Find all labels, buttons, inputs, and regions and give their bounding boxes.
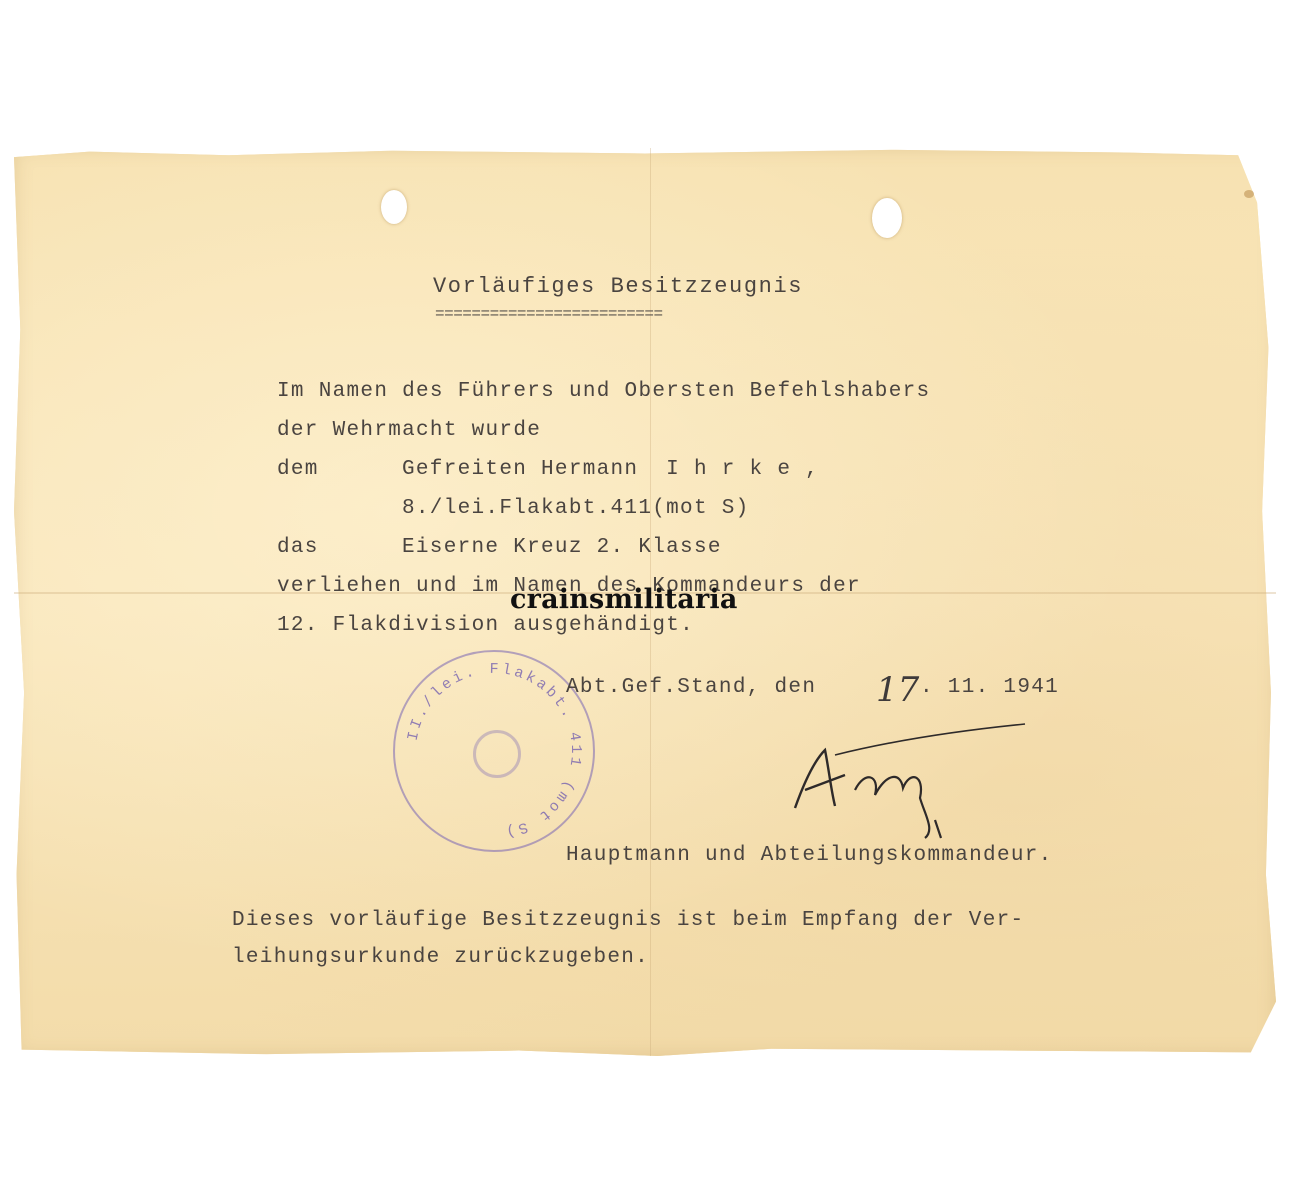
- recipient-name: Gefreiten Hermann I h r k e ,: [402, 459, 819, 480]
- month-year-text: . 11. 1941: [920, 677, 1059, 698]
- award-name: Eiserne Kreuz 2. Klasse: [402, 537, 722, 558]
- punch-hole-right: [872, 198, 902, 238]
- handwritten-signature: [785, 720, 1035, 840]
- recipient-unit: 8./lei.Flakabt.411(mot S): [402, 498, 750, 519]
- document-title: Vorläufiges Besitzzeugnis: [433, 276, 803, 298]
- handwritten-day: 17: [876, 670, 919, 710]
- footer-line-1: Dieses vorläufige Besitzzeugnis ist beim…: [232, 910, 1024, 931]
- body-line-2: der Wehrmacht wurde: [277, 420, 541, 441]
- punch-hole-left: [381, 190, 407, 224]
- title-underline: =========================: [435, 306, 663, 322]
- recipient-prefix: dem: [277, 459, 319, 480]
- stain-spot: [1244, 190, 1254, 198]
- watermark-text: crainsmilitaria: [510, 584, 738, 615]
- body-line-1: Im Namen des Führers und Obersten Befehl…: [277, 381, 930, 402]
- signer-title: Hauptmann und Abteilungskommandeur.: [566, 845, 1053, 866]
- stamp-center-emblem: [473, 730, 521, 778]
- place-text: Abt.Gef.Stand, den: [566, 677, 816, 698]
- award-prefix: das: [277, 537, 319, 558]
- footer-line-2: leihungsurkunde zurückzugeben.: [232, 947, 649, 968]
- closing-line-2: 12. Flakdivision ausgehändigt.: [277, 615, 694, 636]
- official-stamp: II./lei. Flakabt. 411 (mot S): [393, 650, 595, 852]
